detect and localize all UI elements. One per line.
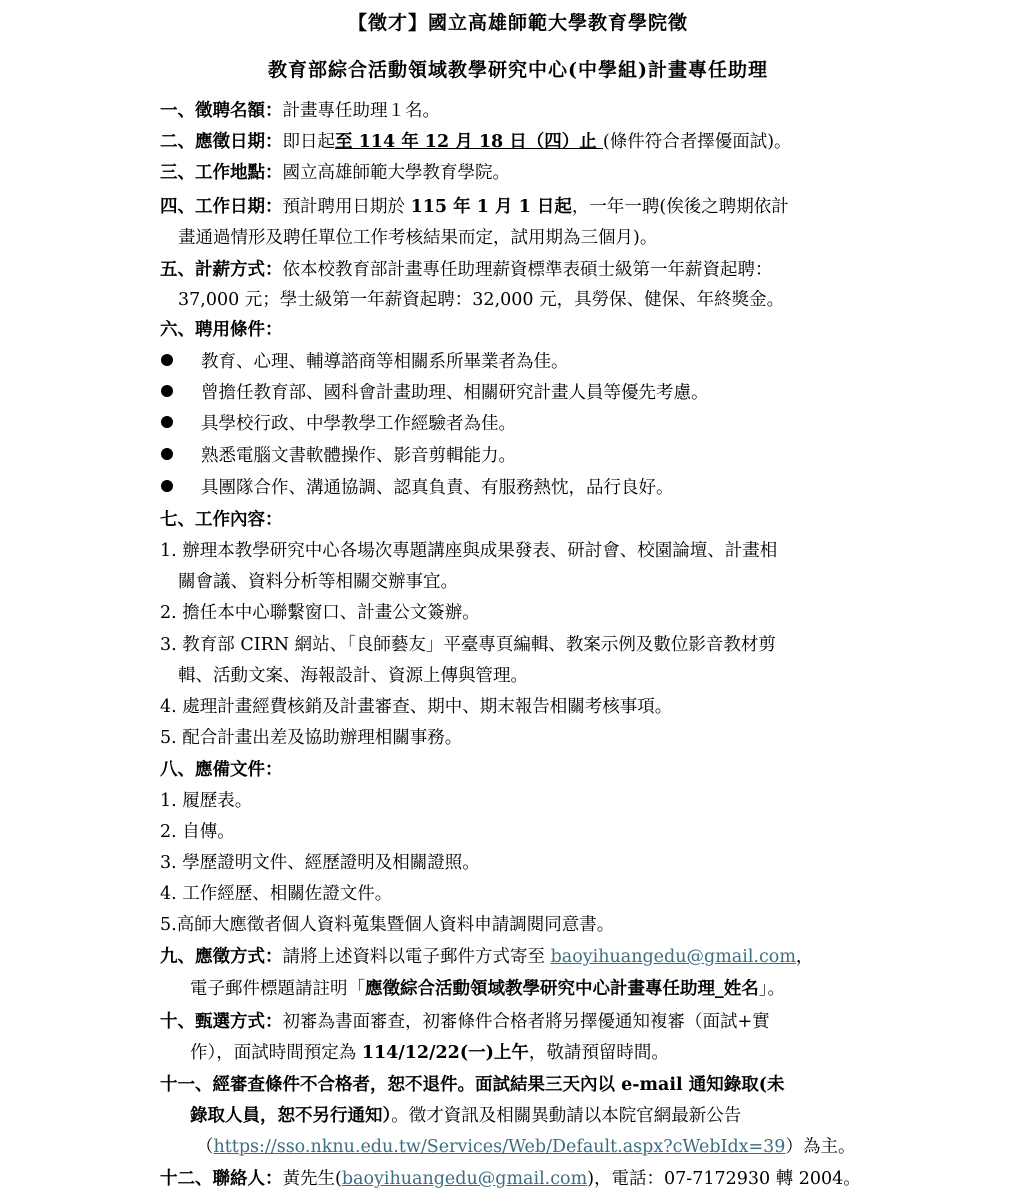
duty-item: 3. 教育部 CIRN 網站、「良師藝友」平臺專頁編輯、教案示例及數位影音教材剪 bbox=[160, 633, 890, 657]
section-contact: 十二、聯絡人：黃先生(baoyihuangedu@gmail.com)，電話：0… bbox=[160, 1167, 890, 1191]
bullet-icon bbox=[161, 480, 173, 492]
document-item: 3. 學歷證明文件、經歷證明及相關證照。 bbox=[160, 851, 890, 875]
section-apply-method: 九、應徵方式：請將上述資料以電子郵件方式寄至 baoyihuangedu@gma… bbox=[160, 945, 890, 969]
section-label: 十二、聯絡人： bbox=[160, 1169, 283, 1189]
bullet-icon bbox=[161, 354, 173, 366]
section-selection: 十、甄選方式：初審為書面審查，初審條件合格者將另擇優通知複審（面試+實 bbox=[160, 1010, 890, 1034]
section-label: 四、工作日期： bbox=[160, 197, 283, 217]
duty-item: 1. 辦理本教學研究中心各場次專題講座與成果發表、研討會、校園論壇、計畫相 bbox=[160, 539, 890, 563]
page-subtitle: 教育部綜合活動領域教學研究中心(中學組)計畫專任助理 bbox=[0, 55, 1036, 82]
section-label: 三、工作地點： bbox=[160, 163, 283, 183]
section-selection-cont: 作），面試時間預定為 114/12/22(一)上午，敬請預留時間。 bbox=[190, 1041, 920, 1065]
section-location: 三、工作地點：國立高雄師範大學教育學院。 bbox=[160, 161, 890, 185]
document-item: 4. 工作經歷、相關佐證文件。 bbox=[160, 882, 890, 906]
duty-item-cont: 輯、活動文案、海報設計、資源上傳與管理。 bbox=[178, 664, 908, 688]
bullet-icon bbox=[161, 448, 173, 460]
section-notice-url-line: （https://sso.nknu.edu.tw/Services/Web/De… bbox=[196, 1135, 926, 1159]
requirement-item: 具團隊合作、溝通協調、認真負責、有服務熱忱，品行良好。 bbox=[160, 476, 890, 500]
section-quota: 一、徵聘名額：計畫專任助理１名。 bbox=[160, 99, 890, 123]
duty-item: 2. 擔任本中心聯繫窗口、計畫公文簽辦。 bbox=[160, 601, 890, 625]
section-notice: 十一、經審查條件不合格者，恕不退件。面試結果三天內以 e-mail 通知錄取(未 bbox=[160, 1073, 890, 1097]
requirement-item: 熟悉電腦文書軟體操作、影音剪輯能力。 bbox=[160, 444, 890, 468]
section-label: 十、甄選方式： bbox=[160, 1012, 283, 1032]
section-salary-cont: 37,000 元；學士級第一年薪資起聘：32,000 元，具勞保、健保、年終獎金… bbox=[178, 288, 908, 312]
email-link[interactable]: baoyihuangedu@gmail.com bbox=[551, 947, 796, 967]
duty-item: 5. 配合計畫出差及協助辦理相關事務。 bbox=[160, 726, 890, 750]
website-link[interactable]: https://sso.nknu.edu.tw/Services/Web/Def… bbox=[214, 1137, 786, 1157]
section-notice-cont: 錄取人員，恕不另行通知）。徵才資訊及相關異動請以本院官網最新公告 bbox=[190, 1104, 920, 1128]
start-date: 115 年 1 月 1 日起 bbox=[411, 197, 572, 217]
document-item: 5.高師大應徵者個人資料蒐集暨個人資料申請調閱同意書。 bbox=[160, 913, 890, 937]
section-label: 五、計薪方式： bbox=[160, 260, 283, 280]
section-label: 十一、 bbox=[160, 1075, 213, 1095]
section-duties-label: 七、工作內容： bbox=[160, 508, 890, 532]
section-salary: 五、計薪方式：依本校教育部計畫專任助理薪資標準表碩士級第一年薪資起聘： bbox=[160, 258, 890, 282]
section-label: 九、應徵方式： bbox=[160, 947, 283, 967]
page-title: 【徵才】國立高雄師範大學教育學院徵 bbox=[0, 8, 1036, 35]
deadline: 至 114 年 12 月 18 日（四）止 bbox=[335, 132, 603, 152]
duty-item: 4. 處理計畫經費核銷及計畫審查、期中、期末報告相關考核事項。 bbox=[160, 695, 890, 719]
section-apply-method-cont: 電子郵件標題請註明「應徵綜合活動領域教學研究中心計畫專任助理_姓名」。 bbox=[190, 977, 920, 1001]
requirement-item: 教育、心理、輔導諮商等相關系所畢業者為佳。 bbox=[160, 350, 890, 374]
section-application-date: 二、應徵日期：即日起至 114 年 12 月 18 日（四）止 (條件符合者擇優… bbox=[160, 130, 890, 154]
bullet-icon bbox=[161, 385, 173, 397]
section-documents-label: 八、應備文件： bbox=[160, 758, 890, 782]
requirement-item: 曾擔任教育部、國科會計畫助理、相關研究計畫人員等優先考慮。 bbox=[160, 381, 890, 405]
requirement-item: 具學校行政、中學教學工作經驗者為佳。 bbox=[160, 412, 890, 436]
section-work-date-cont: 畫通過情形及聘任單位工作考核結果而定，試用期為三個月)。 bbox=[178, 226, 908, 250]
contact-email-link[interactable]: baoyihuangedu@gmail.com bbox=[342, 1169, 587, 1189]
duty-item-cont: 關會議、資料分析等相關交辦事宜。 bbox=[178, 570, 908, 594]
bullet-icon bbox=[161, 416, 173, 428]
section-label: 二、應徵日期： bbox=[160, 132, 283, 152]
section-requirements-label: 六、聘用條件： bbox=[160, 318, 890, 342]
interview-date: 114/12/22(一)上午 bbox=[362, 1043, 529, 1063]
section-label: 一、徵聘名額： bbox=[160, 101, 283, 121]
email-subject: 應徵綜合活動領域教學研究中心計畫專任助理_姓名 bbox=[365, 979, 759, 999]
document-item: 1. 履歷表。 bbox=[160, 789, 890, 813]
section-work-date: 四、工作日期：預計聘用日期於 115 年 1 月 1 日起，一年一聘(俟後之聘期… bbox=[160, 195, 890, 219]
document-item: 2. 自傳。 bbox=[160, 820, 890, 844]
